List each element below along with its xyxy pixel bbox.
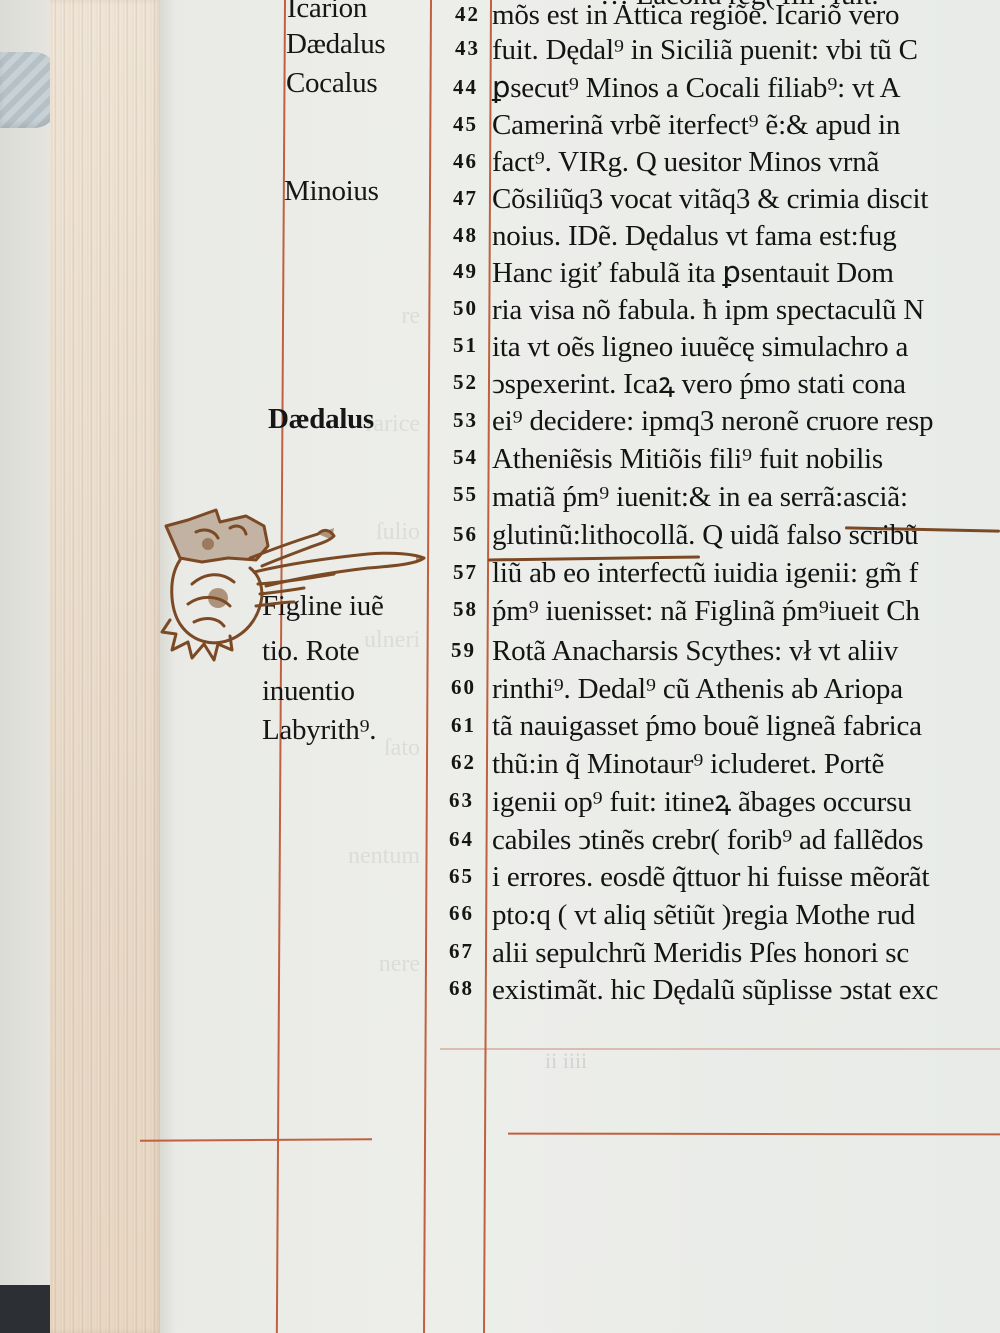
text-line-60: rinthi⁹. Dedal⁹ cũ Athenis ab Ariopa — [492, 674, 903, 704]
line-number: 63 — [430, 788, 474, 813]
line-number: 49 — [434, 259, 478, 284]
line-number: 54 — [434, 445, 478, 470]
line-number: 42 — [436, 2, 480, 27]
line-number: 57 — [434, 560, 478, 585]
text-line-56: glutinũ:lithocollã. Q uidã falso scribũ — [492, 520, 918, 550]
margin-gloss: Minoius — [284, 176, 379, 206]
margin-gloss: Cocalus — [286, 68, 377, 98]
margin-gloss: inuentio — [262, 676, 355, 706]
text-line-57: liũ ab eo interfectũ iuidia igenii: gm̃ … — [492, 558, 918, 588]
line-number: 45 — [434, 112, 478, 137]
text-line-55: matiã ṕm⁹ iuenit:& in ea serrã:asciã: — [492, 482, 908, 512]
text-line-64: cabiles ↄtinẽs crebr( forib⁹ ad fallẽdos — [492, 825, 923, 855]
line-number: 52 — [434, 370, 478, 395]
text-line-63: igenii op⁹ fuit: itineꝝ ãbages occursu — [492, 787, 912, 817]
text-line-67: alii sepulchrũ Meridis Pſes honori sc — [492, 938, 909, 968]
text-line-53: ei⁹ decidere: ipmq3 neronẽ cruore resp — [492, 406, 933, 436]
margin-gloss: Labyrith⁹. — [262, 715, 376, 745]
faint-bottom-rule — [440, 1048, 1000, 1050]
text-line-68: existimãt. hic Dędalũ sũplisse ↄstat exc — [492, 975, 938, 1005]
show-through-signature: ii iiii — [545, 1048, 587, 1074]
text-line-65: i errores. eosdẽ q̃ttuor hi fuisse mẽorã… — [492, 862, 929, 892]
manicule-pointing-hand-icon — [158, 498, 438, 678]
line-number: 53 — [434, 408, 478, 433]
text-line-52: ↄspexerint. Icaꝝ vero ṕmo stati cona — [492, 369, 906, 399]
text-line-62: thũ:in q̃ Minotaur⁹ icluderet. Portẽ — [492, 749, 884, 779]
text-line-42: mõs est in Attica regiõe. Icariõ vero — [492, 0, 899, 30]
margin-gloss: Dædalus — [268, 404, 374, 434]
line-number: 51 — [434, 333, 478, 358]
line-number: 67 — [430, 939, 474, 964]
line-number: 65 — [430, 864, 474, 889]
line-number: 59 — [432, 638, 476, 663]
text-line-50: ria visa nõ fabula. ħ ipm spectaculũ N — [492, 295, 924, 325]
line-number: 58 — [434, 597, 478, 622]
text-line-44: ꝑsecut⁹ Minos a Cocali filiab⁹: vt A — [492, 73, 900, 103]
line-number: 62 — [432, 750, 476, 775]
line-number: 68 — [430, 976, 474, 1001]
text-line-51: ita vt oẽs ligneo iuuẽcę simulachro a — [492, 332, 908, 362]
text-line-46: fact⁹. VIRg. Q uesitor Minos vrnã — [492, 147, 879, 177]
text-line-43: fuit. Dędal⁹ in Siciliã puenit: vbi tũ C — [492, 35, 918, 65]
text-line-49: Hanc igiť fabulã ita ꝑsentauit Dom — [492, 258, 894, 288]
text-line-66: pto:q ( vt aliq sẽtiũt )regia Mothe rud — [492, 900, 915, 930]
line-number: 66 — [430, 901, 474, 926]
line-number: 44 — [434, 75, 478, 100]
text-line-48: noius. IDẽ. Dędalus vt fama est:fug — [492, 221, 897, 251]
text-line-61: tã nauigasset ṕmo bouẽ ligneã fabrica — [492, 711, 922, 741]
line-number: 61 — [432, 713, 476, 738]
text-line-45: Camerinã vrbẽ iterfect⁹ ẽ:& apud in — [492, 110, 900, 140]
margin-gloss: Icarion — [287, 0, 367, 23]
text-line-58: ṕm⁹ iuenisset: nã Figlinã ṕm⁹iueit Ch — [492, 596, 920, 626]
line-number: 43 — [436, 36, 480, 61]
line-number: 56 — [434, 522, 478, 547]
line-number: 50 — [434, 296, 478, 321]
line-number: 46 — [434, 149, 478, 174]
line-number: 55 — [434, 482, 478, 507]
line-number: 64 — [430, 827, 474, 852]
line-number: 48 — [434, 223, 478, 248]
text-line-59: Rotã Anacharsis Scythes: vł vt aliiv — [492, 636, 898, 666]
line-number: 47 — [434, 186, 478, 211]
line-number: 60 — [432, 675, 476, 700]
margin-gloss: Dædalus — [286, 29, 385, 59]
book-fore-edge — [50, 0, 160, 1333]
text-line-47: Cõsiliũq3 vocat vitãq3 & crimia discit — [492, 184, 928, 214]
text-line-54: Atheniẽsis Mitiõis fili⁹ fuit nobilis — [492, 444, 883, 474]
